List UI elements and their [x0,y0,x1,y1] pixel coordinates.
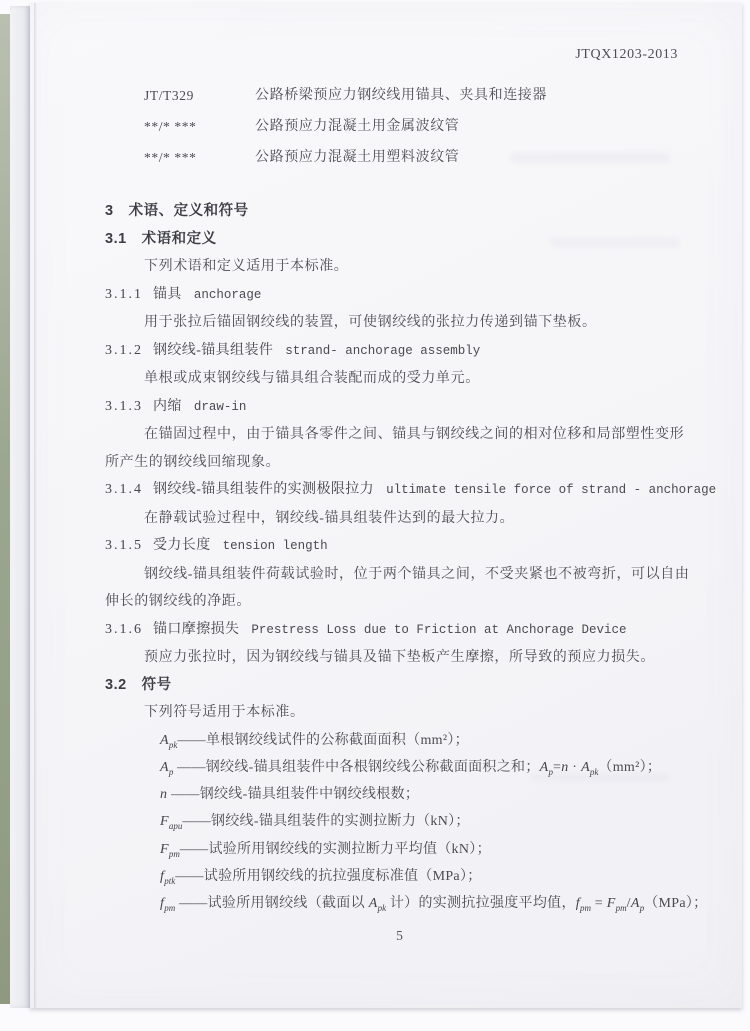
symbol-description: · [569,760,582,775]
symbol-variable: fpm [576,896,591,911]
term-block: 3.1.5受力长度tension length钢绞线-锚具组装件荷载试验时，位于… [105,532,694,616]
page-number: 5 [105,922,694,949]
symbol-definition: n ——钢绞线-锚具组装件中钢绞线根数； [160,781,694,808]
term-name-en: draw-in [194,400,247,414]
symbol-variable: Fpm [607,896,627,911]
terms-intro: 下列术语和定义适用于本标准。 [105,253,694,281]
reference-title: 公路预应力混凝土用金属波纹管 [255,111,459,142]
term-definition: 钢绞线-锚具组装件荷载试验时，位于两个锚具之间，不受夹紧也不被弯折，可以自由伸长… [105,561,694,616]
term-definition: 单根或成束钢绞线与锚具组合装配而成的受力单元。 [105,365,694,393]
term-name-en: anchorage [194,288,262,302]
term-number: 3.1.4 [105,482,143,497]
section-3-2-heading: 3.2 符号 [105,672,694,700]
reference-title: 公路桥梁预应力钢绞线用锚具、夹具和连接器 [255,80,547,111]
symbol-definition: fpm ——试验所用钢绞线（截面以 Apk 计）的实测抗拉强度平均值，fpm =… [160,890,694,917]
symbol-definition: Fapu——钢绞线-锚具组装件的实测拉断力（kN）； [160,808,694,835]
reference-row: **/* ***公路预应力混凝土用金属波纹管 [144,111,694,142]
term-definition: 在锚固过程中，由于锚具各零件之间、锚具与钢绞线之间的相对位移和局部塑性变形所产生… [105,421,694,476]
doc-number: JTQX1203-2013 [105,45,694,65]
page-stack-edge [10,6,31,1008]
reference-code: **/* *** [144,111,255,142]
reference-code: JT/T329 [144,80,255,111]
symbol-description: （mm²）； [598,760,661,775]
term-number: 3.1.3 [105,399,143,414]
symbol-variable: Ap [540,760,553,775]
symbol-variable: fpm [160,896,175,911]
term-block: 3.1.4钢绞线-锚具组装件的实测极限拉力ultimate tensile fo… [105,476,694,532]
term-block: 3.1.2钢绞线-锚具组装件strand- anchorage assembly… [105,337,694,393]
term-heading: 3.1.2钢绞线-锚具组装件strand- anchorage assembly [105,337,694,366]
term-name-zh: 锚具 [153,287,182,302]
reference-row: **/* ***公路预应力混凝土用塑料波纹管 [144,142,694,173]
page-content: JTQX1203-2013 JT/T329公路桥梁预应力钢绞线用锚具、夹具和连接… [30,3,742,949]
term-heading: 3.1.4钢绞线-锚具组装件的实测极限拉力ultimate tensile fo… [105,476,694,505]
symbol-variable: Fapu [160,814,182,829]
symbol-description: ——试验所用钢绞线的抗拉强度标准值（MPa）； [175,869,481,884]
symbol-description: = [591,896,607,911]
symbol-description: = [553,760,561,775]
symbol-description: ——试验所用钢绞线的实测拉断力平均值（kN）； [180,842,491,857]
reference-row: JT/T329公路桥梁预应力钢绞线用锚具、夹具和连接器 [144,80,694,111]
symbols-list: Apk——单根钢绞线试件的公称截面面积（mm²）；Ap ——钢绞线-锚具组装件中… [160,727,694,918]
term-heading: 3.1.3内缩draw-in [105,393,694,422]
reference-title: 公路预应力混凝土用塑料波纹管 [255,142,459,173]
term-number: 3.1.1 [105,287,143,302]
term-name-en: ultimate tensile force of strand - ancho… [386,483,716,497]
references-list: JT/T329公路桥梁预应力钢绞线用锚具、夹具和连接器**/* ***公路预应力… [144,80,694,173]
symbol-definition: Ap ——钢绞线-锚具组装件中各根钢绞线公称截面面积之和；Ap=n · Apk（… [160,754,694,781]
symbol-definition: Fpm——试验所用钢绞线的实测拉断力平均值（kN）； [160,836,694,863]
term-name-zh: 内缩 [153,399,182,414]
symbol-variable: Apk [160,733,177,748]
symbol-variable: Apk [581,760,598,775]
term-definition: 在静载试验过程中，钢绞线-锚具组装件达到的最大拉力。 [105,505,694,533]
term-name-zh: 钢绞线-锚具组装件 [153,343,273,358]
symbol-definition: Apk——单根钢绞线试件的公称截面面积（mm²）； [160,727,694,754]
symbols-intro: 下列符号适用于本标准。 [105,699,694,727]
term-heading: 3.1.5受力长度tension length [105,532,694,561]
document-page: JTQX1203-2013 JT/T329公路桥梁预应力钢绞线用锚具、夹具和连接… [30,3,742,1008]
symbol-description: ——试验所用钢绞线（截面以 [175,896,369,911]
term-number: 3.1.2 [105,343,143,358]
term-name-en: strand- anchorage assembly [285,344,480,358]
term-number: 3.1.6 [105,622,143,637]
term-heading: 3.1.1锚具anchorage [105,281,694,310]
scanner-edge [0,14,10,1004]
scanned-page: JTQX1203-2013 JT/T329公路桥梁预应力钢绞线用锚具、夹具和连接… [0,0,750,1031]
term-block: 3.1.1锚具anchorage用于张拉后锚固钢绞线的装置，可使钢绞线的张拉力传… [105,281,694,337]
term-block: 3.1.3内缩draw-in在锚固过程中，由于锚具各零件之间、锚具与钢绞线之间的… [105,393,694,477]
symbol-description: ——钢绞线-锚具组装件中各根钢绞线公称截面面积之和； [173,760,539,775]
term-definition: 预应力张拉时，因为钢绞线与锚具及锚下垫板产生摩擦，所导致的预应力损失。 [105,644,694,672]
symbol-description: ——钢绞线-锚具组装件的实测拉断力（kN）； [182,814,469,829]
symbol-variable: Apk [369,896,386,911]
symbol-variable: fptk [160,869,175,884]
symbol-description: ——单根钢绞线试件的公称截面面积（mm²）； [177,733,469,748]
term-name-en: tension length [223,539,328,553]
symbol-description: 计）的实测抗拉强度平均值， [386,896,576,911]
symbol-variable: Ap [631,896,644,911]
term-name-zh: 受力长度 [153,538,211,553]
symbol-description: ——钢绞线-锚具组装件中钢绞线根数； [167,787,419,802]
terms-list: 3.1.1锚具anchorage用于张拉后锚固钢绞线的装置，可使钢绞线的张拉力传… [105,281,694,672]
symbol-variable: Ap [160,760,173,775]
reference-code: **/* *** [144,142,255,173]
term-name-zh: 锚口摩擦损失 [153,622,239,637]
symbol-description: （MPa）； [644,896,707,911]
section-3-heading: 3 术语、定义和符号 [105,198,694,226]
term-block: 3.1.6锚口摩擦损失Prestress Loss due to Frictio… [105,616,694,672]
term-heading: 3.1.6锚口摩擦损失Prestress Loss due to Frictio… [105,616,694,645]
symbol-variable: n [561,760,568,775]
term-name-en: Prestress Loss due to Friction at Anchor… [251,623,626,637]
section-3-1-heading: 3.1 术语和定义 [105,226,694,254]
symbol-definition: fptk——试验所用钢绞线的抗拉强度标准值（MPa）； [160,863,694,890]
term-number: 3.1.5 [105,538,143,553]
term-definition: 用于张拉后锚固钢绞线的装置，可使钢绞线的张拉力传递到锚下垫板。 [105,309,694,337]
term-name-zh: 钢绞线-锚具组装件的实测极限拉力 [153,482,374,497]
symbol-variable: Fpm [160,842,180,857]
